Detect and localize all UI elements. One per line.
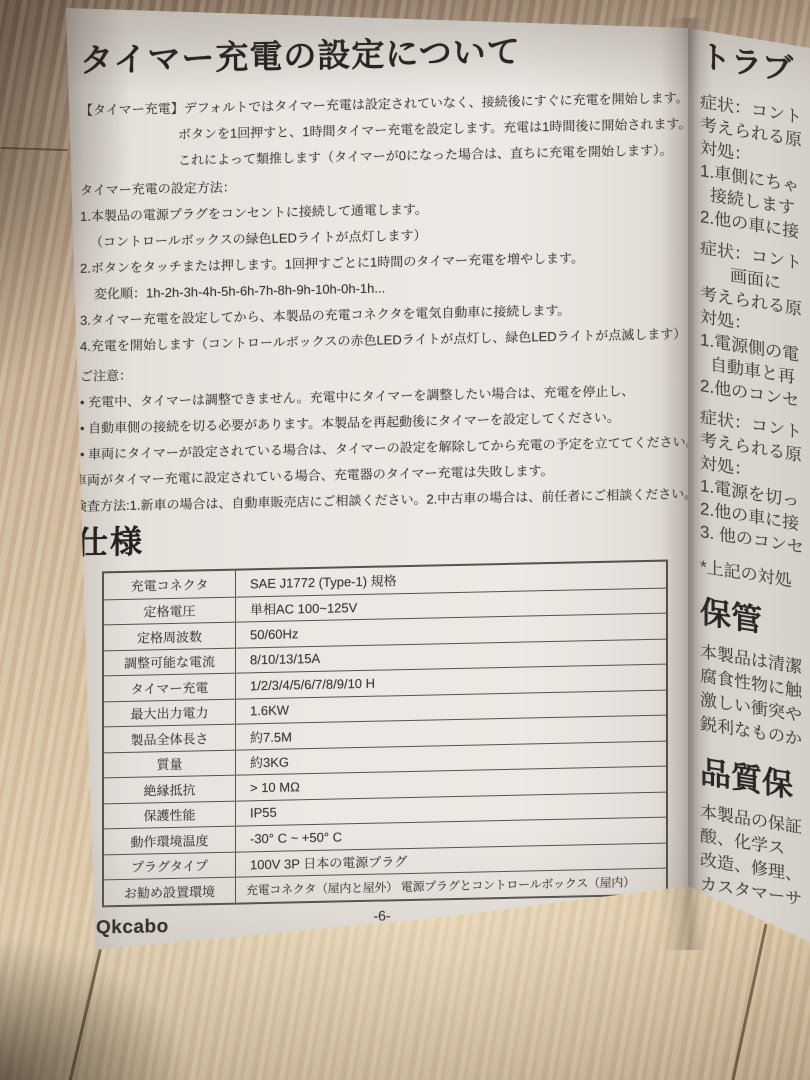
body-line: ご注意： — [74, 351, 690, 390]
spec-table: 充電コネクタ SAE J1772 (Type-1) 規格 定格電圧 単相AC 1… — [102, 560, 668, 907]
spec-label: 定格電圧 — [104, 597, 236, 624]
spec-value: 約7.5M — [236, 716, 666, 750]
table-row: 定格電圧 単相AC 100~125V — [104, 587, 666, 624]
spec-label: プラグタイプ — [104, 852, 236, 879]
trouble-line: *上記の対処 — [700, 555, 810, 600]
body-line: これによって類推します（タイマーが0になった場合は、直ちに充電を開始します）。 — [74, 137, 690, 176]
spec-label: 動作環境温度 — [104, 827, 236, 854]
body-line: ボタンを1回押すと、1時間タイマー充電を設定します。充電は1時間後に開始されます… — [74, 111, 690, 150]
spec-value: 1.6KW — [236, 690, 666, 724]
spec-value: 8/10/13/15A — [236, 639, 666, 673]
brand-logo: Qkcabo — [96, 916, 169, 940]
body-line: 変化順：1h-2h-3h-4h-5h-6h-7h-8h-9h-10h-0h-1h… — [74, 269, 690, 308]
table-row: プラグタイプ 100V 3P 日本の電源プラグ — [104, 842, 666, 879]
body-line: タイマー充電の設定方法： — [74, 165, 690, 204]
spec-value: 100V 3P 日本の電源プラグ — [236, 843, 666, 877]
body-line: 【タイマー充電】デフォルトではタイマー充電は設定されていなく、接続後にすぐに充電… — [74, 85, 690, 124]
body-line: 4.充電を開始します（コントロールボックスの赤色LEDライトが点灯し、緑色LED… — [74, 321, 690, 360]
body-line: 検査方法:1.新車の場合は、自動車販売店にご相談ください。2.中古車の場合は、前… — [74, 481, 690, 520]
table-row: 充電コネクタ SAE J1772 (Type-1) 規格 — [104, 562, 666, 599]
spec-value: 50/60Hz — [236, 614, 666, 648]
spec-label: タイマー充電 — [104, 674, 236, 701]
spec-value: > 10 MΩ — [236, 767, 666, 801]
spec-value: IP55 — [236, 792, 666, 826]
left-page-content: タイマー充電の設定について 【タイマー充電】デフォルトではタイマー充電は設定され… — [74, 25, 690, 943]
spec-label: 最大出力電力 — [104, 699, 236, 726]
right-page-content: トラブ 症状：コント 考えられる原 対処： 1.車側にちゃ 接続します 2.他の… — [700, 36, 810, 951]
table-row: 調整可能な電流 8/10/13/15A — [104, 638, 666, 675]
table-row: 最大出力電力 1.6KW — [104, 689, 666, 726]
spec-value: SAE J1772 (Type-1) 規格 — [236, 562, 666, 597]
table-row: タイマー充電 1/2/3/4/5/6/7/8/9/10 H — [104, 664, 666, 701]
spec-label: 質量 — [104, 750, 236, 777]
trouble-heading: トラブ — [700, 36, 810, 98]
table-row: お勧め設置環境 充電コネクタ（屋内と屋外） 電源プラグとコントロールボックス（屋… — [104, 868, 666, 905]
spec-label: 保護性能 — [104, 801, 236, 828]
spec-value: 1/2/3/4/5/6/7/8/9/10 H — [236, 665, 666, 699]
body-line: • 車両にタイマーが設定されている場合は、タイマーの設定を解除してから充電の予定… — [74, 429, 690, 468]
body-line: 3.タイマー充電を設定してから、本製品の充電コネクタを電気自動車に接続します。 — [74, 295, 690, 334]
body-line: • 自動車側の接続を切る必要があります。本製品を再起動後にタイマーを設定してくだ… — [74, 403, 690, 442]
spec-label: 定格周波数 — [104, 623, 236, 650]
spec-label: 充電コネクタ — [104, 571, 236, 599]
table-row: 質量 約3KG — [104, 740, 666, 777]
table-row: 絶縁抵抗 > 10 MΩ — [104, 766, 666, 803]
spec-label: 調整可能な電流 — [104, 648, 236, 675]
body-line: 2.ボタンをタッチまたは押します。1回押すごとに1時間のタイマー充電を増やします… — [74, 243, 690, 282]
spec-label: お勧め設置環境 — [104, 878, 236, 905]
body-line: 1.本製品の電源プラグをコンセントに接続して通電します。 — [74, 191, 690, 230]
spec-label: 製品全体長さ — [104, 725, 236, 752]
table-row: 保護性能 IP55 — [104, 791, 666, 828]
table-row: 製品全体長さ 約7.5M — [104, 715, 666, 752]
photo-of-manual: タイマー充電の設定について 【タイマー充電】デフォルトではタイマー充電は設定され… — [0, 0, 810, 1080]
spec-value: 単相AC 100~125V — [236, 588, 666, 622]
body-line: 車両がタイマー充電に設定されている場合、充電器のタイマー充電は失敗します。 — [74, 455, 690, 494]
spec-value: -30° C ~ +50° C — [236, 818, 666, 852]
spec-heading: 仕様 — [76, 509, 690, 564]
spec-label: 絶縁抵抗 — [104, 776, 236, 803]
table-row: 定格周波数 50/60Hz — [104, 613, 666, 650]
page-title: タイマー充電の設定について — [80, 25, 690, 84]
body-line: （コントロールボックスの緑色LEDライトが点灯します） — [74, 217, 690, 256]
spec-value: 約3KG — [236, 741, 666, 775]
body-line: • 充電中、タイマーは調整できません。充電中にタイマーを調整したい場合は、充電を… — [74, 377, 690, 416]
table-row: 動作環境温度 -30° C ~ +50° C — [104, 817, 666, 854]
